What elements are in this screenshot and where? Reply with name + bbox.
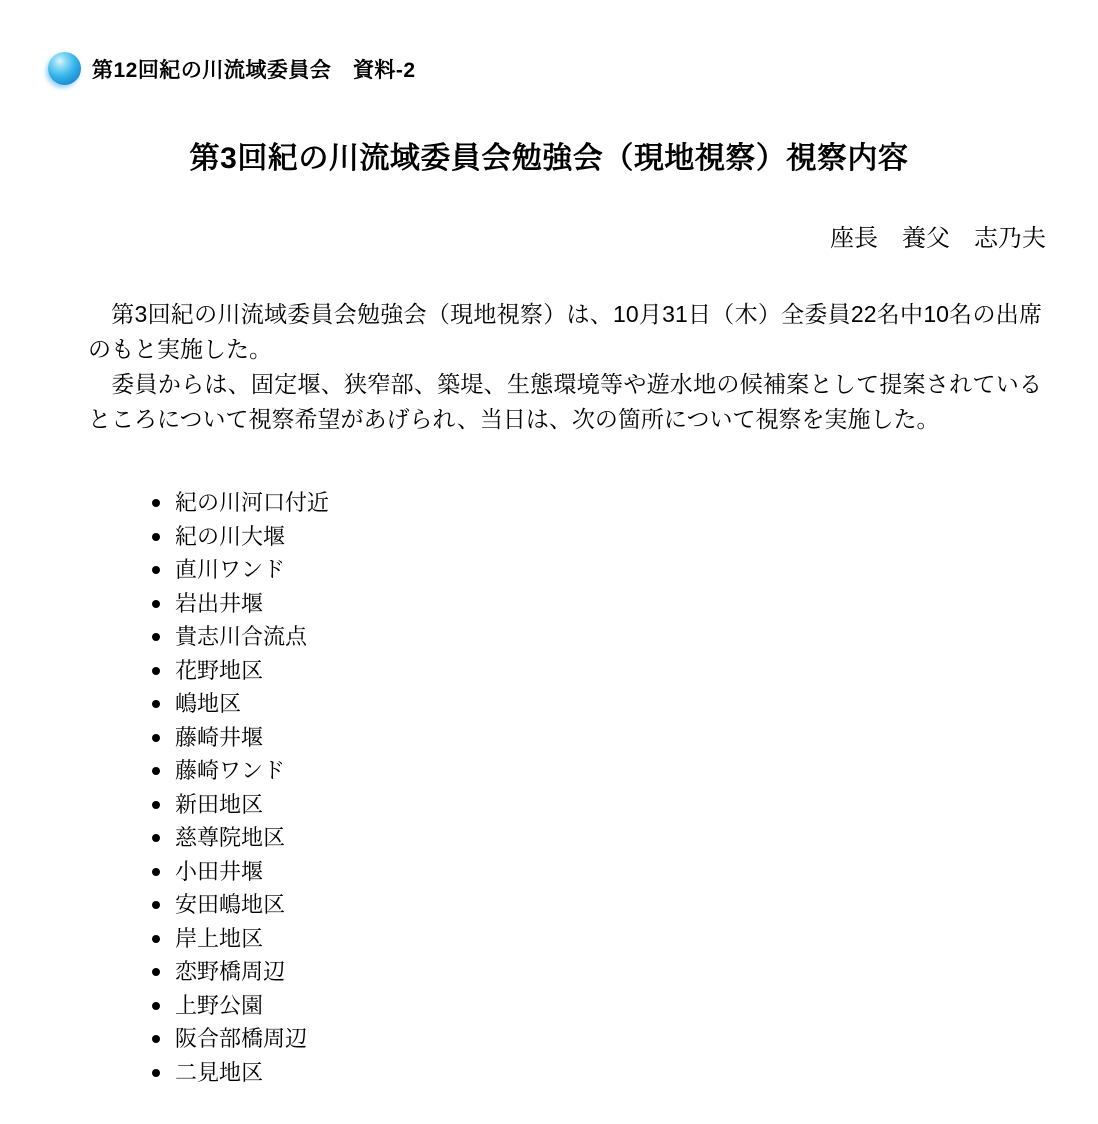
list-item: 岩出井堰 [150, 587, 1098, 621]
body-text: 第3回紀の川流域委員会勉強会（現地視察）は、10月31日（木）全委員22名中10… [88, 297, 1042, 437]
list-item: 花野地区 [150, 654, 1098, 688]
list-item: 紀の川河口付近 [150, 486, 1098, 520]
chairman-name-line: 座長 養父 志乃夫 [0, 225, 1046, 253]
list-item: 二見地区 [150, 1056, 1098, 1090]
list-item: 紀の川大堰 [150, 520, 1098, 554]
list-item: 嶋地区 [150, 687, 1098, 721]
list-item: 上野公園 [150, 989, 1098, 1023]
list-item: 新田地区 [150, 788, 1098, 822]
list-item: 岸上地区 [150, 922, 1098, 956]
document-header-label: 第12回紀の川流域委員会 資料-2 [92, 54, 416, 84]
page-title: 第3回紀の川流域委員会勉強会（現地視察）視察内容 [0, 141, 1098, 177]
locations-list: 紀の川河口付近 紀の川大堰 直川ワンド 岩出井堰 貴志川合流点 花野地区 嶋地区… [150, 486, 1098, 1089]
paragraph-attendance: 第3回紀の川流域委員会勉強会（現地視察）は、10月31日（木）全委員22名中10… [88, 297, 1042, 367]
list-item: 恋野橋周辺 [150, 955, 1098, 989]
list-item: 貴志川合流点 [150, 620, 1098, 654]
list-item: 阪合部橋周辺 [150, 1022, 1098, 1056]
list-item: 安田嶋地区 [150, 888, 1098, 922]
paragraph-inspection: 委員からは、固定堰、狭窄部、築堤、生態環境等や遊水地の候補案として提案されている… [88, 367, 1042, 437]
list-item: 慈尊院地区 [150, 821, 1098, 855]
list-item: 藤崎ワンド [150, 754, 1098, 788]
document-header: 第12回紀の川流域委員会 資料-2 [0, 0, 1098, 85]
blue-sphere-bullet-icon [48, 52, 81, 85]
list-item: 小田井堰 [150, 855, 1098, 889]
document-page: 第12回紀の川流域委員会 資料-2 第3回紀の川流域委員会勉強会（現地視察）視察… [0, 0, 1098, 1124]
list-item: 藤崎井堰 [150, 721, 1098, 755]
list-item: 直川ワンド [150, 553, 1098, 587]
